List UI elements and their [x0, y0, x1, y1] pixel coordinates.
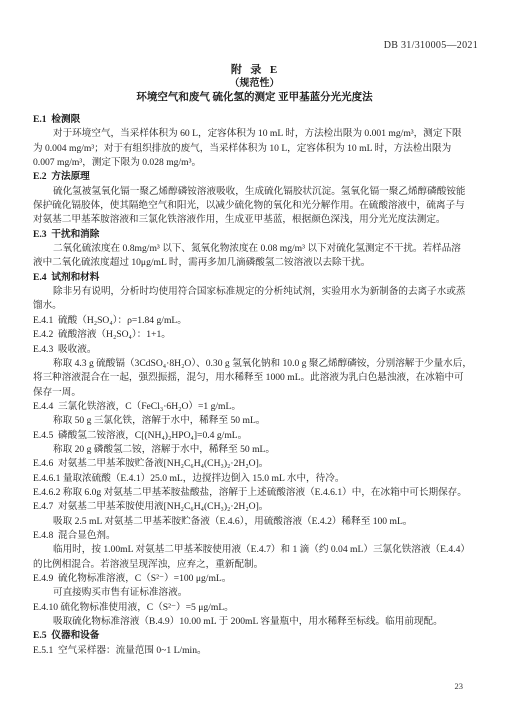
body-text-line: 馏水。 [33, 299, 480, 313]
body-text-line: 液中二氧化硫浓度超过 10μg/mL 时，需再多加几滴磷酸氢二铵溶液以去除干扰。 [33, 256, 480, 270]
body-text-line: 称取 50 g 三氯化铁，溶解于水中，稀释至 50 mL。 [33, 414, 480, 428]
body-text-line: 保护硫化镉胶体，使其隔绝空气和阳光，以减少硫化物的氧化和光分解作用。在硫酸溶液中… [33, 199, 480, 213]
appendix-method-title: 环境空气和废气 硫化氢的测定 亚甲基蓝分光光度法 [0, 91, 509, 105]
body-text-line: E.4.1 硫酸（H₂SO₄）：ρ=1.84 g/mL。 [33, 314, 480, 328]
body-text-line: 吸取 2.5 mL 对氨基二甲基苯胺贮备液（E.4.6），用硫酸溶液（E.4.2… [33, 515, 480, 529]
section-heading: E.4 试剂和材料 [33, 271, 480, 285]
body-text-line: 对氨基二甲基苯胺溶液和三氯化铁溶液作用，生成亚甲基蓝，根据颜色深浅，用分光光度法… [33, 213, 480, 227]
section-heading: E.5 仪器和设备 [33, 629, 480, 643]
body-text-line: E.4.8 混合显色剂。 [33, 529, 480, 543]
body-text-line: E.4.3 吸收液。 [33, 343, 480, 357]
body-text-line: 0.007 mg/m³，测定下限为 0.028 mg/m³。 [33, 156, 480, 170]
body-text-line: 称取 4.3 g 硫酸镉（3CdSO₄·8H₂O）、0.30 g 氢氧化钠和 1… [33, 357, 480, 371]
body-text-line: 吸取硫化物标准溶液（B.4.9）10.00 mL 于 200mL 容量瓶中，用水… [33, 615, 480, 629]
page-header: DB 31/310005—2021 [373, 29, 478, 62]
page-number: 23 [455, 681, 464, 691]
body-text-line: 可直接购买市售有证标准溶液。 [33, 586, 480, 600]
section-heading: E.2 方法原理 [33, 170, 480, 184]
appendix-normative-label: （规范性） [0, 77, 509, 91]
body-text-line: 硫化氢被氢氧化镉一聚乙烯醇磷铵溶液吸收，生成硫化镉胶状沉淀。氢氧化镉一聚乙烯醇磷… [33, 185, 480, 199]
section-heading: E.3 干扰和消除 [33, 228, 480, 242]
body-text-line: 临用时，按 1.00mL 对氨基二甲基苯胺使用液（E.4.7）和 1 滴（约 0… [33, 543, 480, 557]
body-text-line: E.4.4 三氯化铁溶液，C（FeCl₃·6H₂O）=1 g/mL。 [33, 400, 480, 414]
page-footer: 23 [455, 681, 464, 691]
body-text-line: 除非另有说明，分析时均使用符合国家标准规定的分析纯试剂，实验用水为新制备的去离子… [33, 285, 480, 299]
body-text-line: 保存一周。 [33, 386, 480, 400]
section-heading: E.1 检测限 [33, 113, 480, 127]
body-text-line: E.5.1 空气采样器：流量范围 0~1 L/min。 [33, 644, 480, 658]
body-text-line: 二氧化硫浓度在 0.8mg/m³ 以下、氮氧化物浓度在 0.08 mg/m³ 以… [33, 242, 480, 256]
body-text-line: E.4.10 硫化物标准使用液，C（S²⁻）=5 μg/mL。 [33, 601, 480, 615]
appendix-title-block: 附 录 E （规范性） 环境空气和废气 硫化氢的测定 亚甲基蓝分光光度法 [0, 63, 509, 105]
body-text-line: E.4.6.2 称取 6.0g 对氨基二甲基苯胺盐酸盐，溶解于上述硫酸溶液（E.… [33, 486, 480, 500]
body-text-line: E.4.6.1 量取浓硫酸（E.4.1）25.0 mL，边搅拌边倒入 15.0 … [33, 472, 480, 486]
body-text-line: E.4.6 对氨基二甲基苯胺贮备液[NH₂C₆H₄(CH₃)₂·2H₂O]。 [33, 457, 480, 471]
document-page: DB 31/310005—2021 附 录 E （规范性） 环境空气和废气 硫化… [0, 0, 509, 709]
standard-number: DB 31/310005—2021 [384, 40, 478, 51]
body-text-line: E.4.9 硫化物标准溶液，C（S²⁻）=100 μg/mL。 [33, 572, 480, 586]
body-text-line: E.4.2 硫酸溶液（H₂SO₄）：1+1。 [33, 328, 480, 342]
appendix-title: 附 录 E [0, 63, 509, 77]
body-text-line: 称取 20 g 磷酸氢二铵，溶解于水中，稀释至 50 mL。 [33, 443, 480, 457]
body-text-line: 为 0.004 mg/m³；对于有组织排放的废气，当采样体积为 10 L，定容体… [33, 142, 480, 156]
body-text-line: E.4.7 对氨基二甲基苯胺使用液[NH₂C₆H₄(CH₃)₂·2H₂O]。 [33, 500, 480, 514]
body-text-line: 的比例相混合。若溶液呈现浑浊，应弃之，重新配制。 [33, 558, 480, 572]
body-text-line: E.4.5 磷酸氢二铵溶液，C[(NH₄)₂HPO₄]=0.4 g/mL。 [33, 429, 480, 443]
body-text-line: 将三种溶液混合在一起，强烈振摇，混匀，用水稀释至 1000 mL。此溶液为乳白色… [33, 371, 480, 385]
body-text-line: 对于环境空气，当采样体积为 60 L，定容体积为 10 mL 时，方法检出限为 … [33, 127, 480, 141]
document-body: E.1 检测限对于环境空气，当采样体积为 60 L，定容体积为 10 mL 时，… [33, 113, 480, 658]
